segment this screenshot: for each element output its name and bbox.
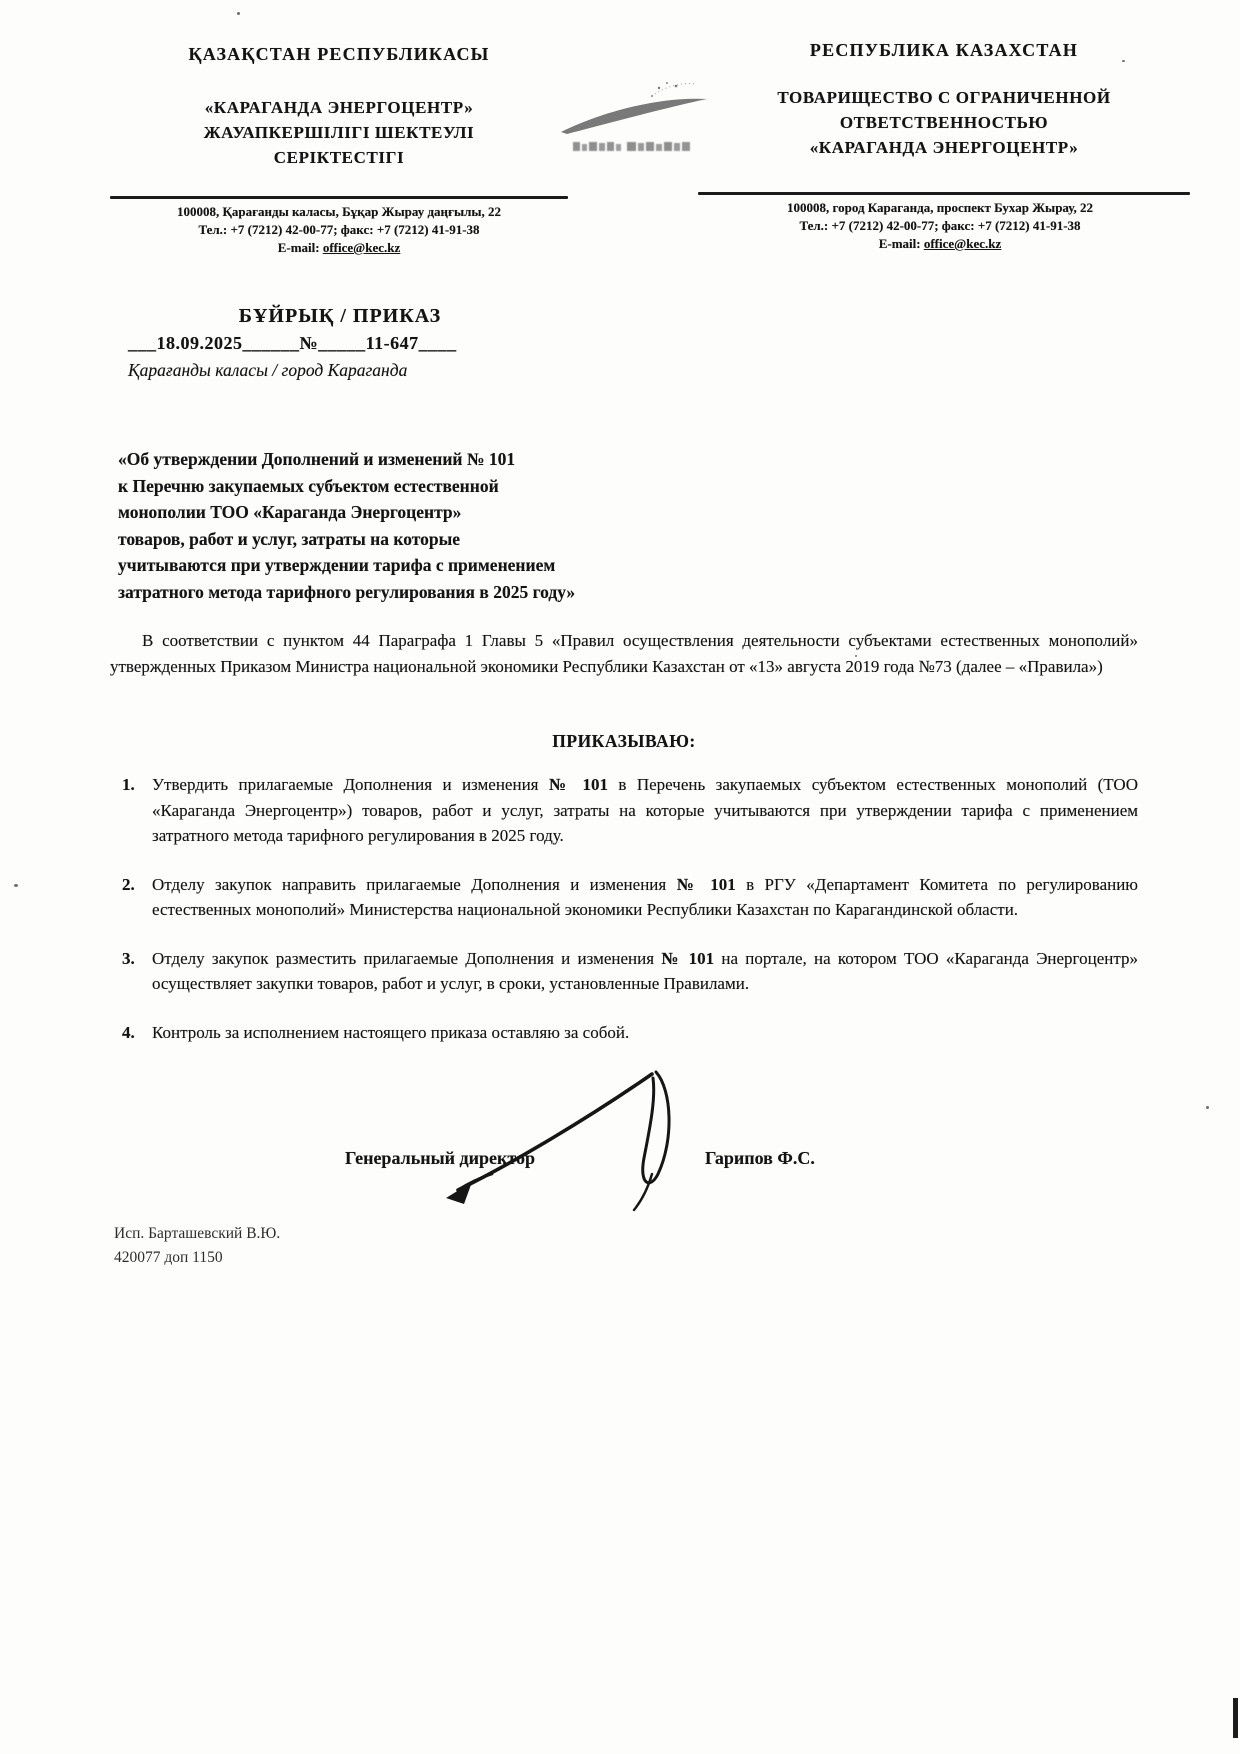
org-name-kk: «КАРАГАНДА ЭНЕРГОЦЕНТР»ЖАУАПКЕРШІЛІГІ ШЕ… [110,95,568,170]
letterhead-divider-right [698,192,1190,195]
email-line-ru: E-mail: office@kec.kz [690,235,1190,253]
directives-list: 1.Утвердить прилагаемые Дополнения и изм… [122,772,1138,1068]
scan-speck [1122,60,1125,62]
text-line: ЖАУАПКЕРШІЛІГІ ШЕКТЕУЛІ [110,120,568,145]
text-line: к Перечню закупаемых субъектом естествен… [118,473,758,500]
letterhead-divider-left [110,196,568,199]
letterhead-right: РЕСПУБЛИКА КАЗАХСТАН ТОВАРИЩЕСТВО С ОГРА… [698,40,1190,160]
scan-speck [237,12,240,15]
intro-paragraph: В соответствии с пунктом 44 Параграфа 1 … [110,628,1138,679]
resolution-heading: ПРИКАЗЫВАЮ: [110,731,1138,752]
email-label-kk: E-mail: [278,240,323,255]
address-kk: 100008, Қарағанды каласы, Бұқар Жырау да… [100,203,578,221]
email-address-ru: office@kec.kz [924,236,1001,251]
text-line: товаров, работ и услуг, затраты на котор… [118,526,758,553]
phone-kk: Тел.: +7 (7212) 42-00-77; факс: +7 (7212… [100,221,578,239]
directive-item: 1.Утвердить прилагаемые Дополнения и изм… [122,772,1138,849]
org-name-ru: ТОВАРИЩЕСТВО С ОГРАНИЧЕННОЙОТВЕТСТВЕННОС… [698,85,1190,160]
company-logo-icon [555,72,715,162]
order-date-number-line: ___18.09.2025______№_____11-647____ [128,333,598,354]
scan-speck [593,645,595,647]
directive-text: Отделу закупок разместить прилагаемые До… [152,946,1138,997]
address-ru: 100008, город Караганда, проспект Бухар … [690,199,1190,217]
executor-contact: 420077 доп 1150 [114,1246,280,1270]
letterhead-left: ҚАЗАҚСТАН РЕСПУБЛИКАСЫ «КАРАГАНДА ЭНЕРГО… [110,44,568,170]
text-line: «Об утверждении Дополнений и изменений №… [118,446,758,473]
directive-number: 2. [122,872,152,923]
scanned-order-document: ҚАЗАҚСТАН РЕСПУБЛИКАСЫ «КАРАГАНДА ЭНЕРГО… [0,0,1240,1754]
scan-speck [1206,1106,1209,1109]
directive-item: 4.Контроль за исполнением настоящего при… [122,1020,1138,1046]
contact-block-kk: 100008, Қарағанды каласы, Бұқар Жырау да… [100,203,578,257]
scan-speck [14,884,18,887]
directive-number: 4. [122,1020,152,1046]
text-line: «КАРАГАНДА ЭНЕРГОЦЕНТР» [698,135,1190,160]
text-line: ТОВАРИЩЕСТВО С ОГРАНИЧЕННОЙ [698,85,1190,110]
contact-block-ru: 100008, город Караганда, проспект Бухар … [690,199,1190,253]
scan-edge-mark [1233,1698,1238,1738]
order-subject: «Об утверждении Дополнений и изменений №… [118,446,758,605]
text-line: монополии ТОО «Караганда Энергоцентр» [118,499,758,526]
order-title: БҰЙРЫҚ / ПРИКАЗ [150,305,530,328]
directive-number: 1. [122,772,152,849]
directive-item: 3.Отделу закупок разместить прилагаемые … [122,946,1138,997]
executor-name: Исп. Барташевский В.Ю. [114,1222,280,1246]
executor-block: Исп. Барташевский В.Ю. 420077 доп 1150 [114,1222,280,1270]
order-place-line: Қарағанды каласы / город Караганда [128,360,548,381]
directive-number: 3. [122,946,152,997]
directive-text: Контроль за исполнением настоящего прика… [152,1020,1138,1046]
email-label-ru: E-mail: [879,236,924,251]
country-name-ru: РЕСПУБЛИКА КАЗАХСТАН [698,40,1190,61]
text-line: «КАРАГАНДА ЭНЕРГОЦЕНТР» [110,95,568,120]
directive-text: Утвердить прилагаемые Дополнения и измен… [152,772,1138,849]
text-line: ОТВЕТСТВЕННОСТЬЮ [698,110,1190,135]
email-line-kk: E-mail: office@kec.kz [100,239,578,257]
email-address-kk: office@kec.kz [323,240,400,255]
text-line: учитываются при утверждении тарифа с при… [118,552,758,579]
handwritten-signature [420,1062,720,1232]
phone-ru: Тел.: +7 (7212) 42-00-77; факс: +7 (7212… [690,217,1190,235]
text-line: затратного метода тарифного регулировани… [118,579,758,606]
signatory-name: Гарипов Ф.С. [705,1148,815,1169]
directive-item: 2.Отделу закупок направить прилагаемые Д… [122,872,1138,923]
directive-text: Отделу закупок направить прилагаемые Доп… [152,872,1138,923]
country-name-kk: ҚАЗАҚСТАН РЕСПУБЛИКАСЫ [110,44,568,65]
scan-speck [855,655,857,657]
text-line: СЕРІКТЕСТІГІ [110,145,568,170]
